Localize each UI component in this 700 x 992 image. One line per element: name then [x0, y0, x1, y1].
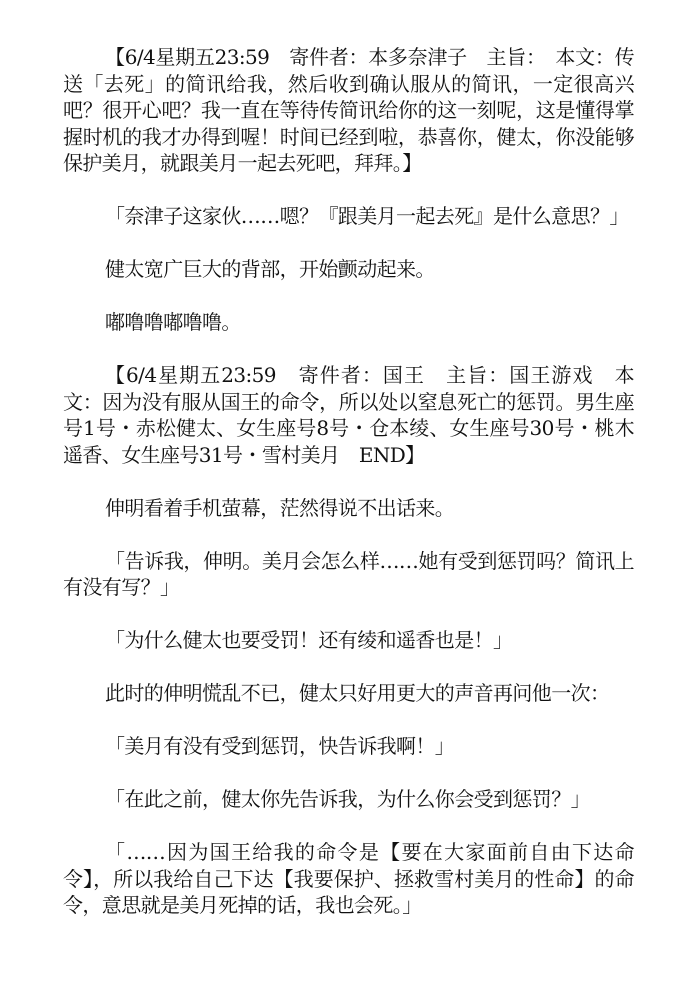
paragraph-narration: 此时的伸明慌乱不已，健太只好用更大的声音再问他一次：: [63, 680, 634, 707]
document-page: 【6/4星期五23:59 寄件者：本多奈津子 主旨： 本文：传送「去死」的简讯给…: [63, 44, 634, 945]
paragraph-dialogue: 「美月有没有受到惩罚，快告诉我啊！」: [63, 733, 634, 760]
paragraph-narration: 健太宽广巨大的背部，开始颤动起来。: [63, 256, 634, 283]
paragraph-dialogue: 「在此之前，健太你先告诉我，为什么你会受到惩罚？」: [63, 786, 634, 813]
paragraph-sound-effect: 嘟噜噜嘟噜噜。: [63, 309, 634, 336]
paragraph-natsuko-message: 【6/4星期五23:59 寄件者：本多奈津子 主旨： 本文：传送「去死」的简讯给…: [63, 44, 634, 177]
paragraph-dialogue: 「为什么健太也要受罚！还有绫和遥香也是！」: [63, 627, 634, 654]
paragraph-dialogue: 「奈津子这家伙……嗯？『跟美月一起去死』是什么意思？」: [63, 203, 634, 230]
paragraph-narration: 伸明看着手机萤幕，茫然得说不出话来。: [63, 495, 634, 522]
paragraph-king-message: 【6/4星期五23:59 寄件者：国王 主旨：国王游戏 本文：因为没有服从国王的…: [63, 362, 634, 468]
paragraph-dialogue: 「……因为国王给我的命令是【要在大家面前自由下达命令】，所以我给自己下达【我要保…: [63, 839, 634, 919]
paragraph-dialogue: 「告诉我，伸明。美月会怎么样……她有受到惩罚吗？简讯上有没有写？」: [63, 548, 634, 601]
